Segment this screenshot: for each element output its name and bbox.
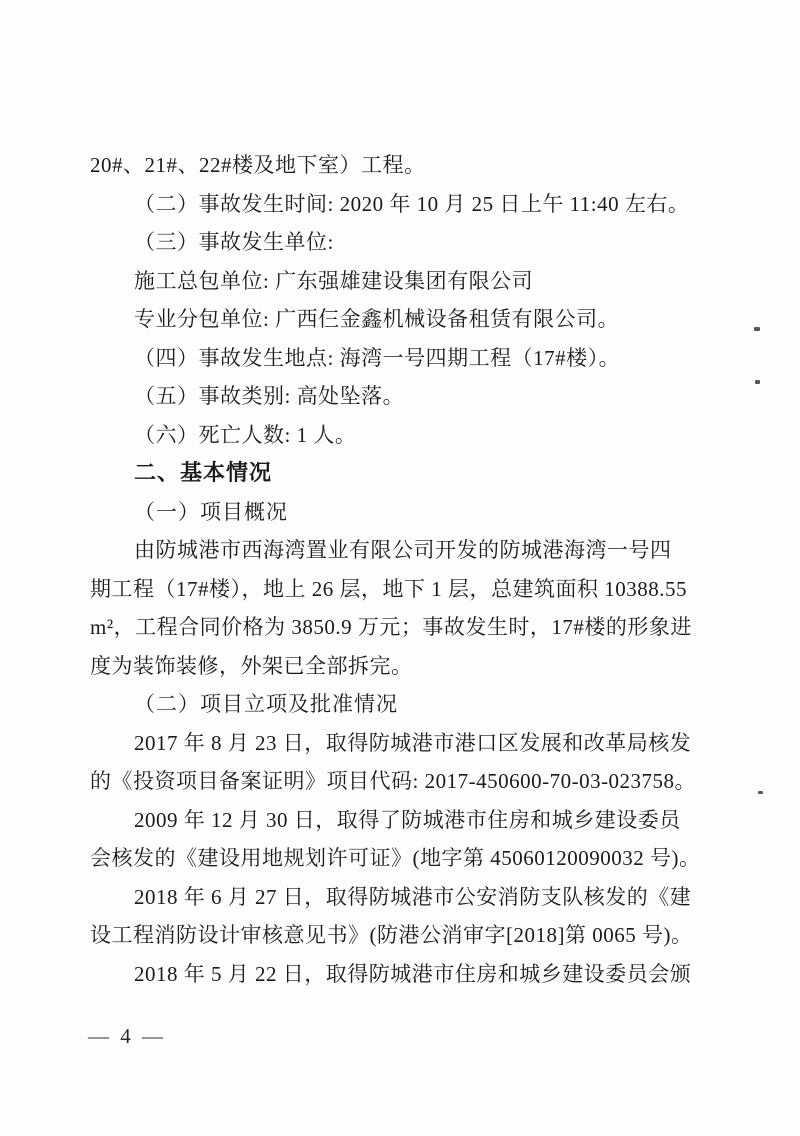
document-line: 20#、21#、22#楼及地下室）工程。: [90, 146, 718, 185]
document-line: （三）事故发生单位:: [90, 223, 718, 262]
scan-artifact-speck: [755, 380, 760, 384]
document-line: 的《投资项目备案证明》项目代码: 2017-450600-70-03-02375…: [90, 762, 718, 801]
document-page: 20#、21#、22#楼及地下室）工程。（二）事故发生时间: 2020 年 10…: [0, 0, 800, 1136]
document-line: （二）项目立项及批准情况: [90, 685, 718, 724]
document-line: 会核发的《建设用地规划许可证》(地字第 45060120090032 号)。: [90, 839, 718, 878]
document-line: （六）死亡人数: 1 人。: [90, 416, 718, 455]
scan-artifact-speck: [754, 327, 760, 331]
document-body: 20#、21#、22#楼及地下室）工程。（二）事故发生时间: 2020 年 10…: [90, 146, 718, 993]
scan-artifact-speck: [758, 791, 763, 794]
document-line: （四）事故发生地点: 海湾一号四期工程（17#楼）。: [90, 339, 718, 378]
document-line: （二）事故发生时间: 2020 年 10 月 25 日上午 11:40 左右。: [90, 185, 718, 224]
document-line: 二、基本情况: [90, 454, 718, 493]
document-line: 度为装饰装修，外架已全部拆完。: [90, 647, 718, 686]
document-line: 2009 年 12 月 30 日，取得了防城港市住房和城乡建设委员: [90, 801, 718, 840]
document-line: 施工总包单位: 广东强雄建设集团有限公司: [90, 262, 718, 301]
document-line: 期工程（17#楼），地上 26 层，地下 1 层，总建筑面积 10388.55: [90, 570, 718, 609]
page-number: — 4 —: [88, 1024, 166, 1049]
document-line: （五）事故类别: 高处坠落。: [90, 377, 718, 416]
document-line: 由防城港市西海湾置业有限公司开发的防城港海湾一号四: [90, 531, 718, 570]
document-line: （一）项目概况: [90, 493, 718, 532]
document-line: 2018 年 5 月 22 日，取得防城港市住房和城乡建设委员会颁: [90, 955, 718, 994]
document-line: 2018 年 6 月 27 日，取得防城港市公安消防支队核发的《建: [90, 878, 718, 917]
document-line: 专业分包单位: 广西仨金鑫机械设备租赁有限公司。: [90, 300, 718, 339]
document-line: m²，工程合同价格为 3850.9 万元；事故发生时，17#楼的形象进: [90, 608, 718, 647]
document-line: 2017 年 8 月 23 日，取得防城港市港口区发展和改革局核发: [90, 724, 718, 763]
document-line: 设工程消防设计审核意见书》(防港公消审字[2018]第 0065 号)。: [90, 916, 718, 955]
